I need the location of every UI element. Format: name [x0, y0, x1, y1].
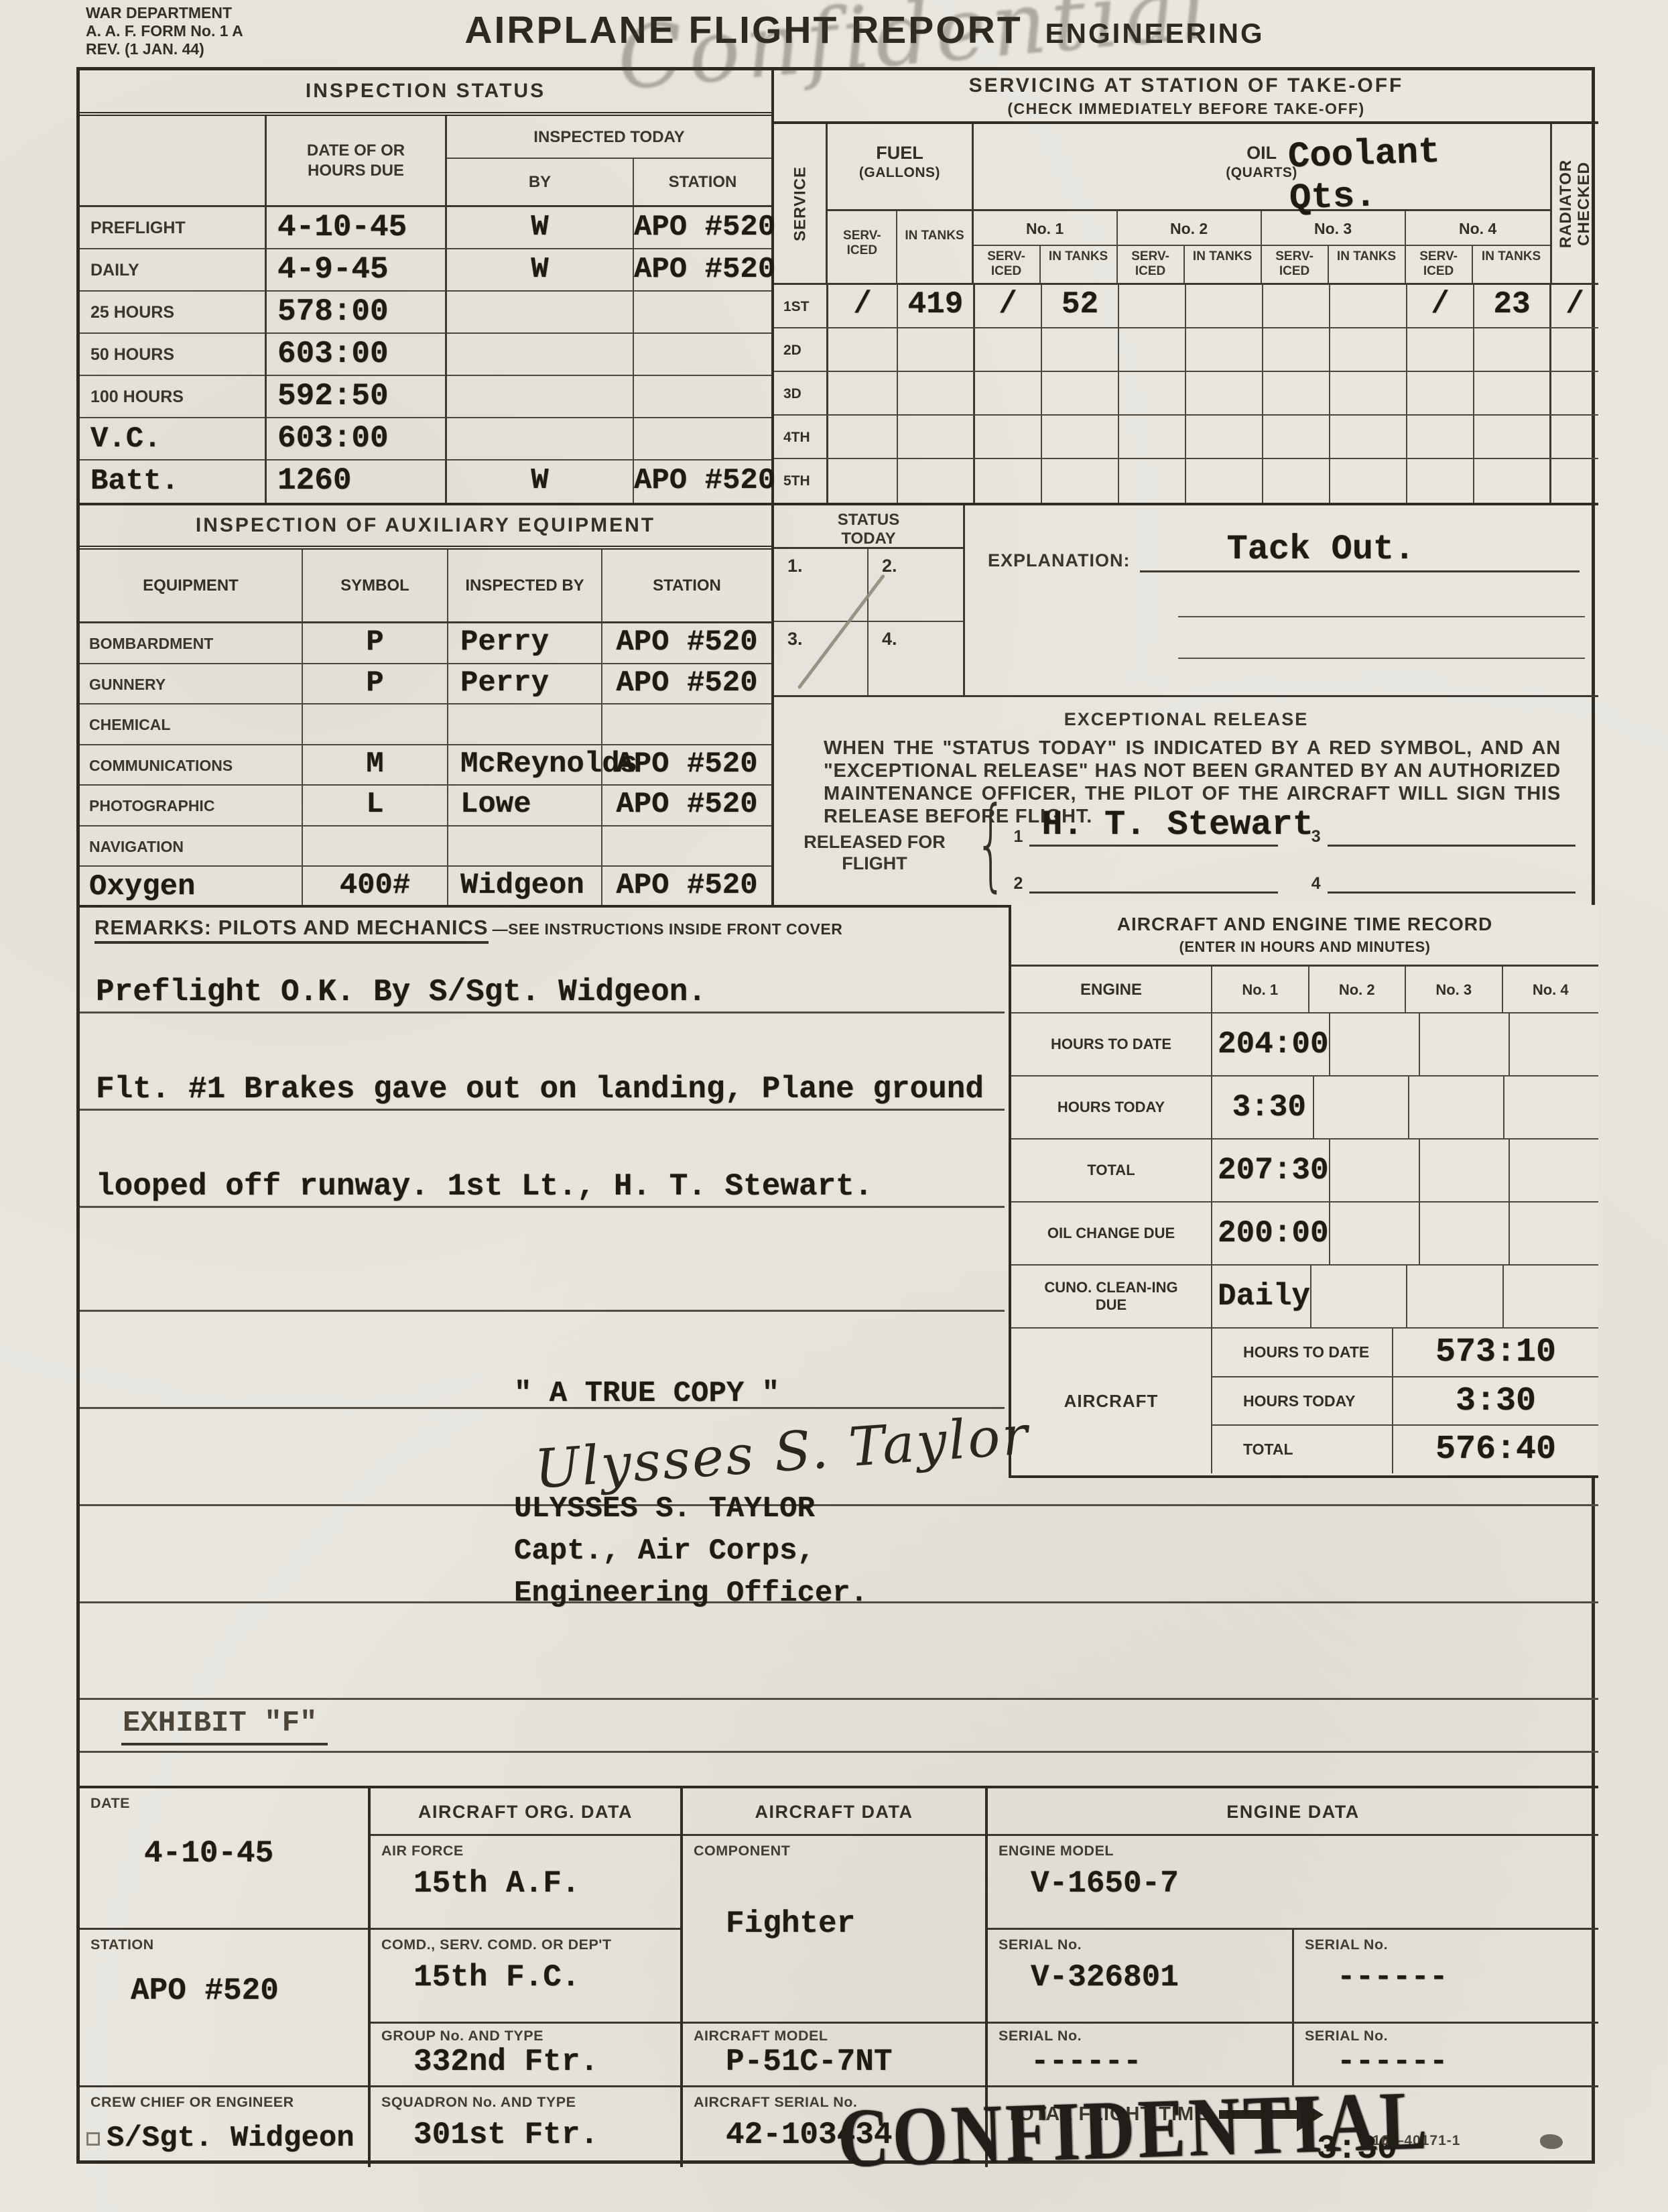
- service-row-label: 1ST: [774, 285, 828, 327]
- aircraft-hours-to-date: 573:10: [1393, 1329, 1598, 1376]
- released-for-flight-label: RELEASED FOR FLIGHT: [774, 831, 975, 874]
- table-row: TOTAL 207:30: [1011, 1140, 1598, 1203]
- serviced-subheader: SERV-ICED: [828, 211, 897, 283]
- due-value: 578:00: [267, 292, 447, 334]
- ruled-line: [80, 1206, 1005, 1208]
- revision-line: REV. (1 JAN. 44): [86, 40, 243, 58]
- inspected-by-value: McReynolds: [448, 745, 602, 786]
- row-label: 50 HOURS: [80, 334, 267, 376]
- remark-line: Preflight O.K. By S/Sgt. Widgeon.: [96, 975, 706, 1009]
- due-value: 1260: [267, 460, 447, 503]
- in-tanks-subheader: IN TANKS: [1041, 246, 1116, 283]
- station-value: APO #520: [80, 1953, 368, 2008]
- in-tanks-subheader: IN TANKS: [1473, 246, 1550, 283]
- time-record-header: ENGINE No. 1 No. 2 No. 3 No. 4: [1011, 967, 1598, 1013]
- station-value: APO #520: [602, 664, 771, 704]
- radiator-checked-value: /: [1551, 285, 1598, 327]
- column-header-inspected-today: INSPECTED TODAY BY STATION: [447, 116, 771, 205]
- aircraft-org-data-column: AIRCRAFT ORG. DATA AIR FORCE 15th A.F. C…: [371, 1788, 683, 2167]
- aircraft-total-hours: 576:40: [1393, 1426, 1598, 1473]
- time-record-title: AIRCRAFT AND ENGINE TIME RECORD (ENTER I…: [1011, 905, 1598, 967]
- table-row: PHOTOGRAPHIC L Lowe APO #520: [80, 786, 771, 826]
- by-value: W: [447, 249, 634, 292]
- squadron-cell: SQUADRON No. AND TYPE 301st Ftr.: [371, 2087, 680, 2170]
- table-row: NAVIGATION: [80, 826, 771, 867]
- command-value: 15th F.C.: [371, 1953, 680, 1995]
- oil4-serviced-value: /: [1407, 285, 1474, 327]
- engine-model-cell: ENGINE MODEL V-1650-7: [988, 1836, 1598, 1930]
- service-column-header: SERVICE: [774, 124, 828, 283]
- column-header-station: STATION: [602, 550, 771, 621]
- by-station-subheader: BY STATION: [447, 159, 771, 205]
- fuel-in-tanks-value: 419: [898, 285, 975, 327]
- by-value: [447, 292, 634, 334]
- ruled-line: [80, 1698, 1598, 1700]
- table-row: GUNNERY P Perry APO #520: [80, 664, 771, 705]
- inspection-status-header: DATE OF OR HOURS DUE INSPECTED TODAY BY …: [80, 116, 771, 207]
- section-subtitle: (CHECK IMMEDIATELY BEFORE TAKE-OFF): [1007, 100, 1364, 118]
- engine2-serial-cell: SERIAL No. ------: [1294, 1930, 1598, 2022]
- inspected-by-value: Widgeon: [448, 867, 602, 908]
- component-value: Fighter: [683, 1859, 985, 1941]
- group-cell: GROUP No. AND TYPE 332nd Ftr.: [371, 2024, 680, 2087]
- service-row-label: 3D: [774, 372, 828, 414]
- oil2-serviced-value: [1119, 285, 1186, 327]
- explanation-area: EXPLANATION: Tack Out.: [965, 505, 1598, 695]
- table-row: HOURS TO DATE 573:10: [1212, 1329, 1598, 1377]
- status-today-box: STATUS TODAY 1. 2. 3. 4.: [774, 505, 965, 695]
- oil3-in-tanks-value: [1330, 285, 1407, 327]
- blank-header-cell: [80, 116, 267, 205]
- component-cell: COMPONENT Fighter: [683, 1836, 985, 2024]
- engine2-serial-value: ------: [1294, 1953, 1598, 1995]
- station-value: [634, 292, 771, 334]
- by-value: [447, 334, 634, 376]
- serviced-subheader: SERV-ICED: [974, 246, 1041, 283]
- remark-line: Flt. #1 Brakes gave out on landing, Plan…: [96, 1072, 984, 1107]
- time-record-box: AIRCRAFT AND ENGINE TIME RECORD (ENTER I…: [1009, 905, 1598, 1478]
- symbol-value: M: [303, 745, 448, 786]
- column-title: AIRCRAFT DATA: [683, 1788, 985, 1836]
- by-value: [447, 376, 634, 418]
- table-row: DAILY 4-9-45 W APO #520: [80, 249, 771, 292]
- station-value: APO #520: [634, 249, 775, 292]
- table-row: 1ST / 419 / 52 / 23 /: [774, 285, 1598, 328]
- station-value: [634, 334, 771, 376]
- status-quadrant-2: 2.: [869, 549, 963, 622]
- true-copy-heading: " A TRUE COPY ": [514, 1377, 1030, 1410]
- serviced-subheader: SERV-ICED: [1118, 246, 1185, 283]
- engine3-serial-cell: SERIAL No. ------: [988, 2024, 1294, 2085]
- handwritten-signature: Ulysses S. Taylor: [533, 1404, 1032, 1500]
- equipment-label: BOMBARDMENT: [80, 623, 303, 664]
- status-quadrant: 1. 2. 3. 4.: [774, 547, 963, 695]
- date-value: 4-10-45: [80, 1812, 368, 1871]
- fuel-label: FUEL (GALLONS): [828, 124, 971, 211]
- table-row: 2D: [774, 328, 1598, 372]
- due-value: 4-9-45: [267, 249, 447, 292]
- equipment-label: NAVIGATION: [80, 826, 303, 867]
- inspected-by-value: Perry: [448, 623, 602, 664]
- station-value: [634, 418, 771, 460]
- engine-model-value: V-1650-7: [988, 1859, 1598, 1901]
- station-value: APO #520: [634, 460, 775, 503]
- officer-rank: Capt., Air Corps,: [514, 1534, 1030, 1568]
- oil4-in-tanks-value: 23: [1474, 285, 1551, 327]
- status-quadrant-4: 4.: [869, 622, 963, 695]
- aircraft-model-value: P-51C-7NT: [683, 2044, 985, 2079]
- engine1-value: 200:00: [1212, 1203, 1330, 1264]
- servicing-header: SERVICE FUEL (GALLONS) SERV-ICED IN TANK…: [774, 124, 1598, 285]
- radiator-vertical-label: RADIATOR CHECKED: [1557, 127, 1593, 281]
- table-row: 4TH: [774, 416, 1598, 459]
- table-row: COMMUNICATIONS M McReynolds APO #520: [80, 745, 771, 786]
- remark-line: looped off runway. 1st Lt., H. T. Stewar…: [96, 1169, 873, 1204]
- by-value: [447, 418, 634, 460]
- signature-line-1: 1 H. T. Stewart: [1013, 812, 1277, 847]
- table-row: 3D: [774, 372, 1598, 416]
- signature-line-2: 2: [1013, 859, 1277, 894]
- ruled-line: [80, 1109, 1005, 1111]
- equipment-label-typed: Oxygen: [80, 867, 303, 908]
- oil3-serviced-value: [1263, 285, 1330, 327]
- equipment-label: COMMUNICATIONS: [80, 745, 303, 786]
- engine-column: No. 1 SERV-ICEDIN TANKS: [974, 211, 1118, 283]
- pilot-signature: H. T. Stewart: [1041, 805, 1313, 845]
- time-record-subtitle: (ENTER IN HOURS AND MINUTES): [1011, 936, 1598, 959]
- in-tanks-subheader: IN TANKS: [1185, 246, 1261, 283]
- crew-chief-cell: CREW CHIEF OR ENGINEER S/Sgt. Widgeon: [80, 2087, 368, 2170]
- checkbox-mark: [86, 2132, 100, 2146]
- serviced-subheader: SERV-ICED: [1262, 246, 1329, 283]
- form-identification: WAR DEPARTMENT A. A. F. FORM No. 1 A REV…: [86, 4, 243, 58]
- table-row: PREFLIGHT 4-10-45 W APO #520: [80, 207, 771, 249]
- ruled-line: [1178, 616, 1585, 617]
- oil-group-header: OIL (QUARTS) Coolant Qts. No. 1 SERV-ICE…: [974, 124, 1552, 283]
- service-vertical-label: SERVICE: [791, 127, 809, 281]
- engine4-serial-value: ------: [1294, 2044, 1598, 2079]
- table-row: V.C. 603:00: [80, 418, 771, 460]
- column-header-inspected-by: INSPECTED BY: [448, 550, 602, 621]
- row-label: DAILY: [80, 249, 267, 292]
- signature-line-3: 3: [1311, 812, 1576, 847]
- ruled-line: [1178, 658, 1585, 659]
- table-row: OIL CHANGE DUE 200:00: [1011, 1203, 1598, 1266]
- symbol-value: P: [303, 623, 448, 664]
- officer-role: Engineering Officer.: [514, 1577, 1030, 1610]
- aircraft-time-block: AIRCRAFT HOURS TO DATE 573:10 HOURS TODA…: [1011, 1329, 1598, 1473]
- date-station-crew-column: DATE 4-10-45 STATION APO #520 CREW CHIEF…: [80, 1788, 371, 2167]
- confidential-stamp: CONFIDENTIAL: [836, 2072, 1432, 2187]
- true-copy-block: " A TRUE COPY " Ulysses S. Taylor ULYSSE…: [514, 1377, 1030, 1610]
- fuel-group-header: FUEL (GALLONS) SERV-ICED IN TANKS: [828, 124, 973, 283]
- air-force-value: 15th A.F.: [371, 1859, 680, 1901]
- table-row: CUNO. CLEAN-ING DUE Daily: [1011, 1266, 1598, 1329]
- service-row-label: 5TH: [774, 459, 828, 503]
- engine1-serial-cell: SERIAL No. V-326801: [988, 1930, 1294, 2022]
- table-row: HOURS TODAY 3:30: [1011, 1077, 1598, 1140]
- equipment-label: GUNNERY: [80, 664, 303, 704]
- engine1-serial-value: V-326801: [988, 1953, 1292, 1995]
- station-value: [634, 376, 771, 418]
- due-value: 603:00: [267, 334, 447, 376]
- service-row-label: 4TH: [774, 416, 828, 458]
- table-row: 50 HOURS 603:00: [80, 334, 771, 376]
- station-value: APO #520: [602, 786, 771, 826]
- inspection-status-panel: INSPECTION STATUS DATE OF OR HOURS DUE I…: [80, 70, 774, 503]
- ink-smudge: [1540, 2134, 1563, 2149]
- equipment-label: PHOTOGRAPHIC: [80, 786, 303, 826]
- coolant-handwritten-note: Coolant Qts.: [1287, 129, 1511, 220]
- section-title: INSPECTION OF AUXILIARY EQUIPMENT: [80, 505, 771, 550]
- table-row: TOTAL 576:40: [1212, 1426, 1598, 1473]
- table-row: Oxygen 400# Widgeon APO #520: [80, 867, 771, 908]
- explanation-label: EXPLANATION:: [988, 550, 1131, 572]
- exceptional-release-title: EXCEPTIONAL RELEASE: [774, 697, 1598, 730]
- due-value: 4-10-45: [267, 207, 447, 249]
- brace-glyph: {: [975, 786, 1007, 902]
- engine-number-headers: No. 1 SERV-ICEDIN TANKS No. 2 SERV-ICEDI…: [974, 211, 1550, 283]
- station-value: APO #520: [602, 745, 771, 786]
- crew-chief-value: S/Sgt. Widgeon: [80, 2111, 368, 2155]
- row-label: 100 HOURS: [80, 376, 267, 418]
- station-value: APO #520: [602, 623, 771, 664]
- oil2-in-tanks-value: [1186, 285, 1263, 327]
- row-label: 25 HOURS: [80, 292, 267, 334]
- symbol-value: 400#: [303, 867, 448, 908]
- aux-header: EQUIPMENT SYMBOL INSPECTED BY STATION: [80, 550, 771, 623]
- engine-column-label: ENGINE: [1011, 967, 1212, 1012]
- ruled-line: [80, 1751, 1598, 1753]
- oil1-serviced-value: /: [975, 285, 1042, 327]
- service-row-label: 2D: [774, 328, 828, 371]
- table-row: 5TH: [774, 459, 1598, 503]
- air-force-cell: AIR FORCE 15th A.F.: [371, 1836, 680, 1930]
- fuel-subcolumns: SERV-ICED IN TANKS: [828, 211, 971, 283]
- by-value: W: [447, 207, 634, 249]
- station-value: APO #520: [602, 867, 771, 908]
- engine1-value: 207:30: [1212, 1140, 1330, 1201]
- remarks-panel: REMARKS: PILOTS AND MECHANICS—SEE INSTRU…: [80, 905, 1598, 1786]
- inspected-by-value: Perry: [448, 664, 602, 704]
- group-value: 332nd Ftr.: [371, 2044, 680, 2079]
- exceptional-release-panel: EXCEPTIONAL RELEASE WHEN THE "STATUS TOD…: [774, 697, 1598, 905]
- status-today-panel: STATUS TODAY 1. 2. 3. 4. EXPLANATION: Ta…: [774, 503, 1598, 697]
- table-row: 25 HOURS 578:00: [80, 292, 771, 334]
- oil-label: OIL (QUARTS) Coolant Qts.: [974, 124, 1550, 211]
- status-today-title: STATUS TODAY: [815, 505, 922, 548]
- squadron-value: 301st Ftr.: [371, 2111, 680, 2152]
- released-for-flight-block: RELEASED FOR FLIGHT { 1 H. T. Stewart 3 …: [774, 803, 1598, 902]
- station-value: APO #520: [634, 207, 775, 249]
- in-tanks-subheader: IN TANKS: [1329, 246, 1405, 283]
- engine-column: No. 4 SERV-ICEDIN TANKS: [1406, 211, 1550, 283]
- ruled-line: [80, 1310, 1005, 1312]
- table-row: 100 HOURS 592:50: [80, 376, 771, 418]
- symbol-value: P: [303, 664, 448, 704]
- table-row: CHEMICAL: [80, 704, 771, 745]
- command-cell: COMD., SERV. COMD. OR DEP'T 15th F.C.: [371, 1930, 680, 2024]
- in-tanks-subheader: IN TANKS: [897, 211, 971, 283]
- signature-line-4: 4: [1311, 859, 1576, 894]
- engine-column: No. 2 SERV-ICEDIN TANKS: [1118, 211, 1262, 283]
- row-label: PREFLIGHT: [80, 207, 267, 249]
- aircraft-label: AIRCRAFT: [1011, 1329, 1212, 1473]
- explanation-value: Tack Out.: [1227, 530, 1415, 569]
- engine1-value: 204:00: [1212, 1013, 1330, 1075]
- ruled-line: [80, 1011, 1005, 1013]
- column-header-station: STATION: [634, 159, 771, 205]
- engine-column: No. 3 SERV-ICEDIN TANKS: [1262, 211, 1406, 283]
- agency-line: WAR DEPARTMENT: [86, 4, 243, 22]
- aircraft-model-cell: AIRCRAFT MODEL P-51C-7NT: [683, 2024, 985, 2087]
- engine1-value: 3:30: [1212, 1077, 1314, 1138]
- radiator-checked-header: RADIATOR CHECKED: [1552, 124, 1598, 283]
- column-title: AIRCRAFT ORG. DATA: [371, 1788, 680, 1836]
- column-header-symbol: SYMBOL: [303, 550, 448, 621]
- engine1-value: Daily: [1212, 1266, 1311, 1327]
- table-row: Batt. 1260 W APO #520: [80, 460, 771, 503]
- oil1-in-tanks-value: 52: [1042, 285, 1119, 327]
- aircraft-hours-today: 3:30: [1393, 1377, 1598, 1425]
- table-row: HOURS TO DATE 204:00: [1011, 1013, 1598, 1077]
- column-header-equipment: EQUIPMENT: [80, 550, 303, 621]
- table-row: HOURS TODAY 3:30: [1212, 1377, 1598, 1426]
- table-row: BOMBARDMENT P Perry APO #520: [80, 623, 771, 664]
- date-cell: DATE 4-10-45: [80, 1788, 368, 1930]
- station-cell: STATION APO #520: [80, 1930, 368, 2087]
- due-value: 592:50: [267, 376, 447, 418]
- symbol-value: L: [303, 786, 448, 826]
- fuel-serviced-value: /: [828, 285, 898, 327]
- serviced-subheader: SERV-ICED: [1406, 246, 1473, 283]
- equipment-label: CHEMICAL: [80, 704, 303, 745]
- inspected-by-value: Lowe: [448, 786, 602, 826]
- row-label-typed: Batt.: [80, 460, 267, 503]
- remarks-title: REMARKS: PILOTS AND MECHANICS: [94, 916, 489, 944]
- engine-serial-row-1: SERIAL No. V-326801 SERIAL No. ------: [988, 1930, 1598, 2024]
- servicing-panel: SERVICING AT STATION OF TAKE-OFF (CHECK …: [774, 70, 1598, 503]
- officer-name: ULYSSES S. TAYLOR: [514, 1492, 1030, 1526]
- auxiliary-equipment-panel: INSPECTION OF AUXILIARY EQUIPMENT EQUIPM…: [80, 503, 774, 905]
- form-frame: INSPECTION STATUS DATE OF OR HOURS DUE I…: [76, 67, 1595, 2164]
- explanation-underline: Tack Out.: [1140, 531, 1580, 572]
- form-number-line: A. A. F. FORM No. 1 A: [86, 22, 243, 40]
- by-value: W: [447, 460, 634, 503]
- column-header-by: BY: [447, 159, 634, 205]
- due-value: 603:00: [267, 418, 447, 460]
- remarks-note: —SEE INSTRUCTIONS INSIDE FRONT COVER: [493, 920, 843, 938]
- exhibit-label: EXHIBIT "F": [121, 1707, 328, 1745]
- scanned-flight-report-page: WAR DEPARTMENT A. A. F. FORM No. 1 A REV…: [0, 0, 1668, 2212]
- engine3-serial-value: ------: [988, 2044, 1292, 2079]
- row-label-typed: V.C.: [80, 418, 267, 460]
- column-header-due: DATE OF OR HOURS DUE: [267, 116, 447, 205]
- column-title: ENGINE DATA: [988, 1788, 1598, 1836]
